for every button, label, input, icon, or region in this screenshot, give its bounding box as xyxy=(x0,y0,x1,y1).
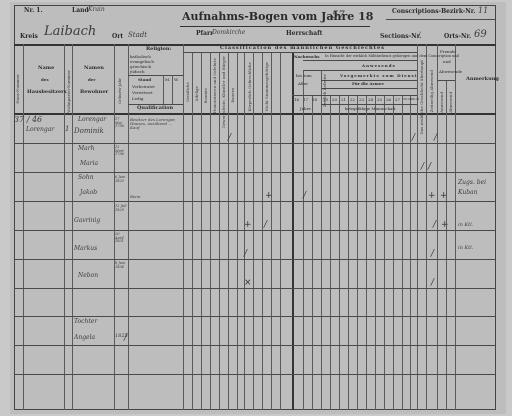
anmerkung-header: Anmerkung xyxy=(466,77,499,82)
sub-rule xyxy=(303,60,417,61)
row-rule xyxy=(14,230,496,231)
qualification-value: Beim xyxy=(130,195,140,199)
jahre-label: Jahre xyxy=(300,107,311,111)
sub-rule xyxy=(292,95,417,96)
bewohner-name: Maria xyxy=(80,161,98,167)
sub-rule xyxy=(321,88,417,89)
land-label: Land xyxy=(72,8,89,14)
bewohner-name: Markus xyxy=(74,246,97,252)
age-col: 23 xyxy=(359,98,364,102)
qualification-header: Qualification xyxy=(137,106,173,111)
fremde-header-3: Abwesende xyxy=(439,70,462,74)
class-col: Bauern xyxy=(230,88,235,103)
land-value: Krain xyxy=(88,7,105,13)
orts-label: Orts-Nr. xyxy=(444,34,471,40)
col-line xyxy=(23,44,24,410)
col-line xyxy=(437,44,438,410)
row-rule xyxy=(14,345,496,346)
stand-row: Verheiratet xyxy=(132,85,155,89)
conscription-label: Conscriptions-Bezirk-Nr. xyxy=(392,9,475,15)
class-col: Nicht Stammzugehörige xyxy=(264,62,269,112)
col-line xyxy=(321,70,322,410)
col-line xyxy=(237,52,238,410)
ort-value: Stadt xyxy=(128,32,147,39)
religion-row: jüdisch xyxy=(130,70,145,74)
pfarr-value: Domkirche xyxy=(212,30,245,36)
abwesend-header: Zeitweilig Abwesend xyxy=(429,70,434,112)
birth-date: 8 Juni 1834 xyxy=(115,262,127,269)
bis-zum-header: Alter xyxy=(298,82,308,86)
bewohner-name: Gavrinig xyxy=(74,218,100,224)
bewohner-header-1: Namen xyxy=(84,66,104,71)
stand-title: Stand xyxy=(138,78,151,82)
anmerkung-value: in Ktl. xyxy=(458,223,473,228)
col-line xyxy=(128,44,129,410)
birth-date: 6 Juni 1820 xyxy=(115,176,127,183)
bewohner-name: Jakob xyxy=(80,190,97,196)
age-col: 26 xyxy=(386,98,391,102)
wehrpflicht-note: In Hinsicht der wirklich Militärdienst g… xyxy=(325,55,459,59)
col-line xyxy=(192,52,193,410)
pfarr-label: Pfarr xyxy=(196,31,213,37)
religion-rule xyxy=(128,75,183,76)
religion-title: Religion: xyxy=(146,47,171,52)
anmerkung-value: Zugs. bei Kuban xyxy=(458,178,494,197)
bewohner-line: Sohn xyxy=(78,175,93,181)
col-line xyxy=(219,52,220,410)
age-col: 22 xyxy=(350,98,355,102)
stand-col-m: M. xyxy=(165,78,170,82)
tally-mark: / xyxy=(412,133,415,143)
fremde-abwesend: Abwesend xyxy=(448,92,453,113)
col-line xyxy=(114,44,115,410)
sections-value: / xyxy=(418,32,420,39)
sub-rule xyxy=(437,80,455,81)
class-col: Beamte xyxy=(203,88,208,103)
tally-mark: / xyxy=(244,249,247,259)
classification-title: Classification des männlichen Geschlecht… xyxy=(220,46,385,51)
haus-nummer-header: Haus-Nummer xyxy=(15,74,20,104)
col-line xyxy=(210,52,211,410)
geburtsjahr-header: Geburts-Jahr xyxy=(117,78,122,104)
class-col: Körperlich Gebrechliche xyxy=(247,62,252,112)
col-line xyxy=(262,52,263,410)
besitzer-name: Lorengar xyxy=(26,127,54,133)
tally-mark: / xyxy=(428,162,431,172)
conscription-value: 11 xyxy=(478,7,488,15)
row-rule xyxy=(14,316,496,317)
row-rule xyxy=(14,288,496,289)
qualification-value: Besitzer des Lorengar, Hauses, ausübend … xyxy=(130,118,182,130)
herrschaft-label: Herrschaft xyxy=(286,31,322,37)
fremde-anwesend: Anwesend xyxy=(439,92,444,113)
haus-nummer-value: 37 / 46 xyxy=(14,116,42,124)
jahr-col: 16 xyxy=(294,98,299,102)
age-col: 21 xyxy=(341,98,346,102)
col-line xyxy=(244,52,245,410)
col-line xyxy=(280,52,281,410)
bewohner-header-2: der xyxy=(88,78,95,82)
birth-date: 17 Mai 1796 xyxy=(115,118,127,129)
tally-mark: / xyxy=(431,278,434,288)
zeitlich-befreite-header: Zeitlich Befreite xyxy=(322,74,327,107)
tally-mark: × xyxy=(244,278,252,288)
col-line xyxy=(64,44,65,410)
bewohner-line: Marh xyxy=(78,146,94,152)
year-value: 57 xyxy=(332,11,345,21)
anmerkung-value: in Ktl. xyxy=(458,246,473,251)
class-col: Honoratioren und Gelehrte xyxy=(212,58,217,113)
tally-mark: + xyxy=(265,191,273,201)
bewohner-name: Angela xyxy=(74,335,95,341)
tally-mark: / xyxy=(433,220,436,230)
sub-rule xyxy=(321,104,417,105)
orts-value: 69 xyxy=(474,30,487,40)
col-line xyxy=(72,44,73,410)
stand-col-w: W. xyxy=(174,78,179,82)
jahr-col: 18 xyxy=(312,98,317,102)
tally-mark: / xyxy=(431,249,434,259)
besitzer-header-3: Hausbesitzers xyxy=(27,90,67,95)
stand-grid xyxy=(163,75,164,104)
tally-mark: / xyxy=(421,162,424,172)
class-title-rule xyxy=(183,52,417,53)
bewohner-line: Lorengar xyxy=(78,117,106,123)
col-line xyxy=(253,52,254,410)
partei-number: 1 xyxy=(65,126,69,133)
jahr-col: 17 xyxy=(303,98,308,102)
bewohner-name: Dominik xyxy=(74,128,104,135)
age-col: 24 xyxy=(368,98,373,102)
sections-label: Sections-Nr. xyxy=(380,34,421,40)
class-col: Adelige xyxy=(194,86,199,101)
ort-label: Ort xyxy=(112,34,123,40)
bewohner-line: Tochter xyxy=(74,319,97,325)
tally-mark: / xyxy=(264,220,267,230)
vorgemerkt-header: Vorgemerkte zum Dienst xyxy=(340,74,418,78)
age-col: 25 xyxy=(377,98,382,102)
armee-header: Für die Armee xyxy=(352,82,384,86)
tally-mark: / xyxy=(228,133,231,143)
title-underline xyxy=(180,26,370,27)
col-line xyxy=(183,44,184,410)
class-col: Geistliche xyxy=(185,82,190,102)
col-line xyxy=(303,70,304,410)
tally-mark: + xyxy=(244,220,252,230)
bewohner-header-3: Bewohner xyxy=(80,90,108,95)
row-rule xyxy=(14,143,496,144)
tally-mark: + xyxy=(428,191,436,201)
wohnpartei-header: Wohnpartei-Nummer xyxy=(66,70,71,113)
birth-date: 20 April 1831 xyxy=(115,233,127,244)
birth-date: 12 Mart 1796 xyxy=(115,146,127,157)
col-line xyxy=(201,52,202,410)
row-rule xyxy=(14,172,496,173)
anwesende-header: Anwesende xyxy=(362,64,396,68)
tally-mark: / xyxy=(434,133,437,143)
birth-date: 12 Juli 1829 xyxy=(115,205,127,212)
sub-rule xyxy=(303,70,417,71)
besitzer-header-2: des xyxy=(41,78,49,82)
col-line xyxy=(455,44,456,410)
row-rule xyxy=(14,201,496,202)
besitzer-header-1: Name xyxy=(38,66,54,71)
form-number: Nr. 1. xyxy=(24,8,43,14)
tally-mark: + xyxy=(440,191,448,201)
weiblich-header: Das weibliche Geschlecht überhaupt xyxy=(419,60,424,134)
bewohner-name: Nebon xyxy=(78,273,98,279)
age-col: 27 xyxy=(395,98,400,102)
kriegsfaehig-label: kriegsfähige Mannschaft xyxy=(345,107,396,111)
header-divider xyxy=(386,19,496,20)
col-line xyxy=(292,52,294,410)
bis-zum-header: bis zum xyxy=(296,74,312,78)
class-col: Gewerbsleute, Künstler und Bürger xyxy=(221,56,226,128)
col-line xyxy=(271,52,272,410)
col-line xyxy=(446,80,447,410)
stand-row: Verwitwet xyxy=(132,91,153,95)
row-rule xyxy=(14,259,496,260)
stand-grid xyxy=(172,75,173,104)
age-col: 19 xyxy=(323,98,328,102)
kreis-value: Laibach xyxy=(44,25,96,38)
stand-row: Ledig xyxy=(132,97,143,101)
nachwuchs-header: Nachwuchs xyxy=(294,55,320,59)
age-col: 20 xyxy=(332,98,337,102)
kreis-label: Kreis xyxy=(20,34,38,40)
fremde-header-2: und xyxy=(443,60,451,64)
col-line xyxy=(228,52,229,410)
tally-mark: / xyxy=(303,191,306,201)
tally-mark: + xyxy=(441,220,449,230)
fremde-header-1: Fremde xyxy=(440,50,456,54)
tally-mark: / xyxy=(124,333,127,343)
col-line xyxy=(426,44,427,410)
row-rule xyxy=(14,374,496,375)
